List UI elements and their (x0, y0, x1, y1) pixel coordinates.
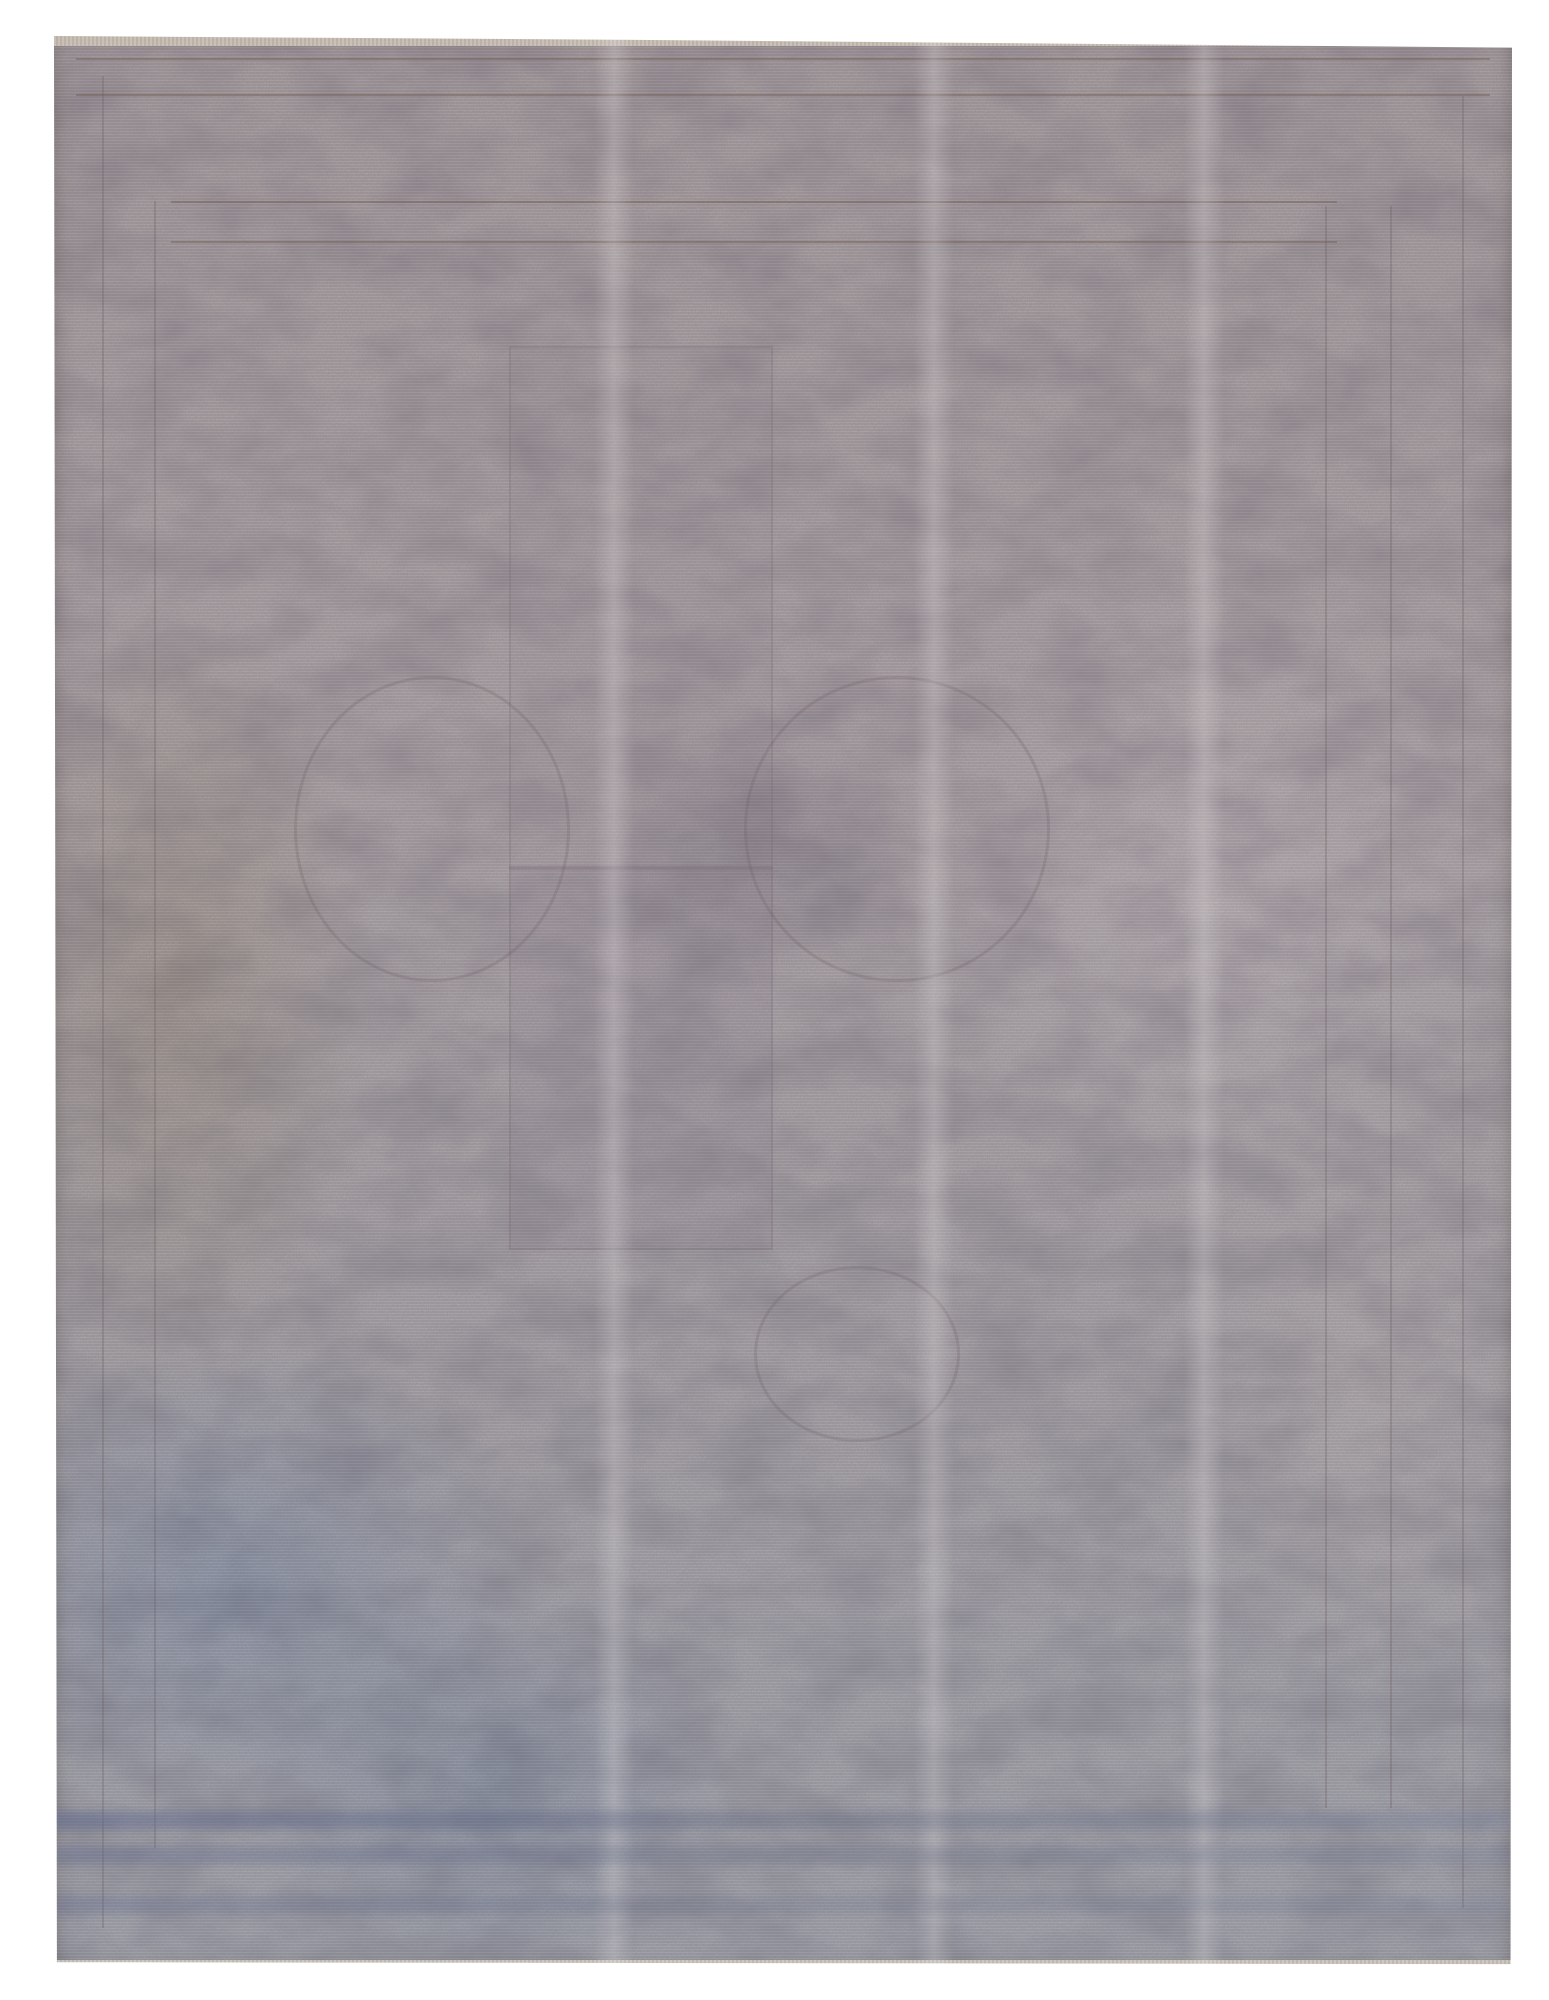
border-line (1390, 206, 1392, 1808)
bottom-stripe (54, 1846, 1512, 1864)
worn-streak (914, 36, 954, 1968)
pile-sheen (54, 36, 1512, 1968)
bottom-stripe (54, 1896, 1512, 1914)
rug (54, 36, 1512, 1968)
right-medallion (744, 676, 1050, 982)
border-line (76, 94, 1490, 96)
border-line (102, 76, 104, 1928)
border-line (1462, 96, 1464, 1908)
top-fringe (54, 36, 1512, 46)
worn-streak (1184, 36, 1224, 1968)
central-panel-lower (509, 866, 773, 1250)
left-medallion (294, 676, 570, 982)
bottom-stripe (54, 1811, 1512, 1829)
border-line (171, 201, 1337, 203)
border-line (76, 58, 1490, 60)
border-line (154, 201, 156, 1848)
worn-streak (594, 36, 634, 1968)
border-line (1325, 206, 1327, 1808)
border-line (171, 241, 1337, 243)
bottom-fringe (54, 1960, 1512, 1968)
